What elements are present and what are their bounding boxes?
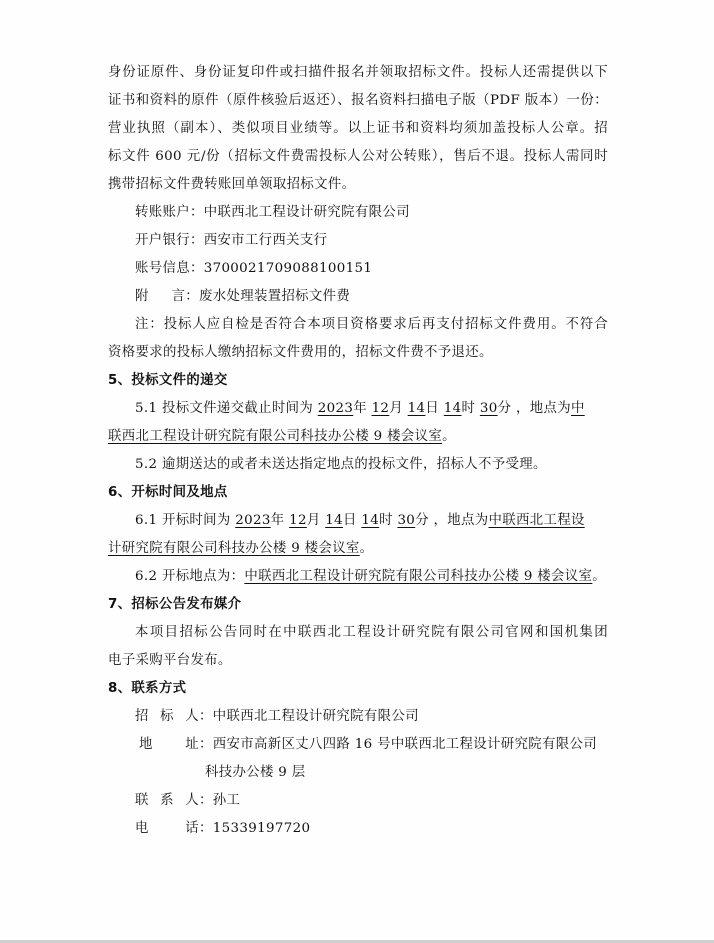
phone-label: 电话	[135, 815, 199, 843]
item-5-2: 5.2 逾期送达的或者未送达指定地点的投标文件，招标人不予受理。	[108, 451, 608, 479]
item-5-1-line1: 5.1 投标文件递交截止时间为 2023年 12月 14日 14时 30分 ，地…	[108, 395, 608, 423]
bank-label: 开户银行：	[135, 233, 204, 248]
label-char: 址	[185, 731, 199, 759]
bank-value: 西安市工行西关支行	[204, 233, 328, 248]
item-text: 时	[462, 401, 480, 416]
tenderer-label: 招标人	[135, 703, 199, 731]
remark-row: 附言：废水处理装置招标文件费	[108, 283, 608, 311]
section-6: 6、开标时间及地点 6.1 开标时间为 2023年 12月 14日 14时 30…	[108, 479, 608, 591]
address-value: 西安市高新区丈八四路 16 号中联西北工程设计研究院有限公司	[213, 737, 597, 752]
opening-hour: 14	[361, 513, 379, 528]
text-line: 本项目招标公告同时在中联西北工程设计研究院有限公司官网和国机集团	[108, 619, 608, 647]
remark-label-char: 言：	[172, 283, 199, 311]
account-name-value: 中联西北工程设计研究院有限公司	[204, 205, 410, 220]
document-body: 身份证原件、身份证复印件或扫描件报名并领取招标文件。投标人还需提供以下 证书和资…	[108, 59, 608, 843]
contact-row: 联系人：孙工	[108, 787, 608, 815]
label-char: 人	[185, 703, 199, 731]
label-char: 标	[160, 703, 174, 731]
item-text: 分 ，地点为	[498, 401, 571, 416]
note-paragraph: 注：投标人应自检是否符合本项目资格要求后再支付招标文件费用。不符合 资格要求的投…	[108, 311, 608, 367]
section-heading: 6、开标时间及地点	[108, 479, 608, 507]
payment-info: 转账账户：中联西北工程设计研究院有限公司 开户银行：西安市工行西关支行 账号信息…	[108, 199, 608, 311]
item-6-1-line2: 计研究院有限公司科技办公楼 9 楼会议室。	[108, 535, 608, 563]
label-colon: ：	[199, 737, 213, 752]
label-char: 地	[139, 731, 153, 759]
remark-label: 附言：	[135, 283, 199, 311]
item-text: 年	[353, 401, 371, 416]
section-5: 5、投标文件的递交 5.1 投标文件递交截止时间为 2023年 12月 14日 …	[108, 367, 608, 479]
item-text: 。	[442, 429, 456, 444]
item-text: 。	[360, 541, 374, 556]
text-line: 证书和资料的原件（原件核验后返还）、报名资料扫描电子版（PDF 版本）一份：	[108, 87, 608, 115]
opening-year: 2023	[235, 513, 270, 528]
account-number-value: 3700021709088100151	[204, 261, 373, 276]
address-label: 地址	[135, 731, 199, 759]
deadline-month: 12	[372, 401, 390, 416]
section-heading: 5、投标文件的递交	[108, 367, 608, 395]
label-char: 联	[135, 787, 149, 815]
text-line: 标文件 600 元/份（招标文件费需投标人公对公转账），售后不退。投标人需同时	[108, 143, 608, 171]
item-text: 5.1 投标文件递交截止时间为	[135, 401, 318, 416]
item-6-1-line1: 6.1 开标时间为 2023年 12月 14日 14时 30分 ，地点为中联西北…	[108, 507, 608, 535]
opening-month: 12	[289, 513, 307, 528]
section-heading: 8、联系方式	[108, 675, 608, 703]
account-name-label: 转账账户：	[135, 205, 204, 220]
account-name-row: 转账账户：中联西北工程设计研究院有限公司	[108, 199, 608, 227]
text-line: 电子采购平台发布。	[108, 647, 608, 675]
item-5-1-line2: 联西北工程设计研究院有限公司科技办公楼 9 楼会议室。	[108, 423, 608, 451]
contact-label: 联系人	[135, 787, 199, 815]
item-text: 分 ，地点为	[415, 513, 488, 528]
deadline-day: 14	[408, 401, 426, 416]
intro-paragraph: 身份证原件、身份证复印件或扫描件报名并领取招标文件。投标人还需提供以下 证书和资…	[108, 59, 608, 199]
phone-row: 电话：15339197720	[108, 815, 608, 843]
deadline-minute: 30	[480, 401, 498, 416]
opening-location: 中联西北工程设计研究院有限公司科技办公楼 9 楼会议室	[244, 569, 592, 584]
item-text: 。	[592, 569, 606, 584]
section-7: 7、招标公告发布媒介 本项目招标公告同时在中联西北工程设计研究院有限公司官网和国…	[108, 591, 608, 675]
text-line: 身份证原件、身份证复印件或扫描件报名并领取招标文件。投标人还需提供以下	[108, 59, 608, 87]
submission-location: 联西北工程设计研究院有限公司科技办公楼 9 楼会议室	[108, 429, 442, 444]
contact-value: 孙工	[213, 793, 240, 808]
account-number-label: 账号信息：	[135, 261, 204, 276]
item-text: 日	[343, 513, 361, 528]
deadline-year: 2023	[318, 401, 353, 416]
remark-value: 废水处理装置招标文件费	[199, 289, 350, 304]
section-8: 8、联系方式 招标人：中联西北工程设计研究院有限公司 地址：西安市高新区丈八四路…	[108, 675, 608, 843]
label-char: 人	[185, 787, 199, 815]
tenderer-row: 招标人：中联西北工程设计研究院有限公司	[108, 703, 608, 731]
label-colon: ：	[199, 821, 213, 836]
document-page: 身份证原件、身份证复印件或扫描件报名并领取招标文件。投标人还需提供以下 证书和资…	[0, 0, 714, 940]
bank-row: 开户银行：西安市工行西关支行	[108, 227, 608, 255]
item-text: 日	[425, 401, 443, 416]
label-char: 电	[135, 815, 149, 843]
item-text: 时	[379, 513, 397, 528]
item-text: 月	[389, 401, 407, 416]
item-text: 6.1 开标时间为	[135, 513, 235, 528]
submission-location: 中	[571, 401, 585, 416]
label-char: 话	[185, 815, 199, 843]
text-line: 携带招标文件费转账回单领取招标文件。	[108, 171, 608, 199]
label-colon: ：	[199, 793, 213, 808]
address-row: 地址：西安市高新区丈八四路 16 号中联西北工程设计研究院有限公司	[108, 731, 608, 759]
item-text: 6.2 开标地点为：	[135, 569, 244, 584]
item-text: 年	[271, 513, 289, 528]
label-char: 系	[160, 787, 174, 815]
text-line: 注：投标人应自检是否符合本项目资格要求后再支付招标文件费用。不符合	[108, 311, 608, 339]
label-colon: ：	[199, 709, 213, 724]
item-text: 月	[307, 513, 325, 528]
opening-minute: 30	[397, 513, 415, 528]
opening-location: 计研究院有限公司科技办公楼 9 楼会议室	[108, 541, 360, 556]
remark-label-char: 附	[135, 283, 149, 311]
text-line: 营业执照（副本）、类似项目业绩等。以上证书和资料均须加盖投标人公章。招	[108, 115, 608, 143]
deadline-hour: 14	[444, 401, 462, 416]
address-row-continued: 科技办公楼 9 层	[108, 759, 608, 787]
section-heading: 7、招标公告发布媒介	[108, 591, 608, 619]
opening-location: 中联西北工程设	[489, 513, 585, 528]
item-6-2: 6.2 开标地点为：中联西北工程设计研究院有限公司科技办公楼 9 楼会议室。	[108, 563, 608, 591]
opening-day: 14	[325, 513, 343, 528]
account-number-row: 账号信息：3700021709088100151	[108, 255, 608, 283]
phone-value: 15339197720	[213, 821, 311, 836]
text-line: 资格要求的投标人缴纳招标文件费用的，招标文件费不予退还。	[108, 339, 608, 367]
tenderer-value: 中联西北工程设计研究院有限公司	[213, 709, 419, 724]
label-char: 招	[135, 703, 149, 731]
